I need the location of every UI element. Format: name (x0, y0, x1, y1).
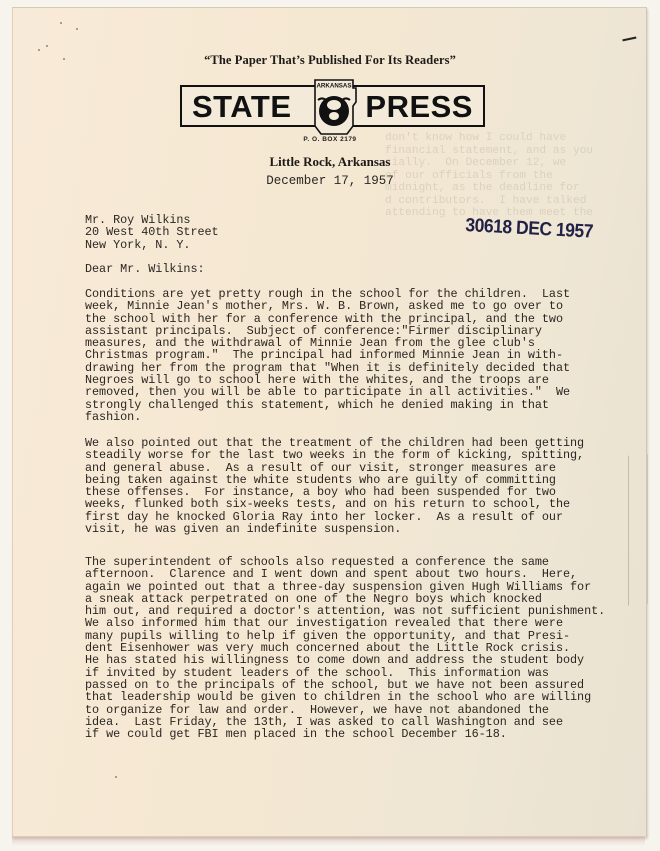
torn-edge (628, 454, 648, 605)
paper-speck (115, 776, 117, 778)
masthead-press: PRESS (365, 89, 473, 125)
recipient-city: New York, N. Y. (85, 238, 190, 252)
newspaper-masthead: STATE ARKANSAS PRESS (180, 85, 485, 127)
seal-label: ARKANSAS (316, 83, 351, 90)
paragraph-3: The superintendent of schools also reque… (85, 556, 605, 740)
masthead-state: STATE (192, 89, 292, 125)
paper-speck (76, 28, 78, 30)
po-box: P. O. BOX 2179 (0, 136, 660, 143)
paragraph-2: We also pointed out that the treatment o… (85, 437, 584, 535)
paper-speck (46, 45, 48, 47)
letterhead-city: Little Rock, Arkansas (0, 154, 660, 170)
paper-speck (60, 22, 62, 24)
salutation: Dear Mr. Wilkins: (85, 263, 205, 275)
newspaper-tagline: “The Paper That’s Published For Its Read… (0, 53, 660, 68)
paragraph-1: Conditions are yet pretty rough in the s… (85, 288, 570, 423)
page-shadow (12, 836, 645, 846)
recipient-address: Mr. Roy Wilkins 20 West 40th Street New … (85, 214, 219, 251)
paper-speck (38, 49, 40, 51)
arkansas-razorback-seal-icon: ARKANSAS (309, 78, 359, 136)
letter-date: December 17, 1957 (0, 174, 660, 188)
